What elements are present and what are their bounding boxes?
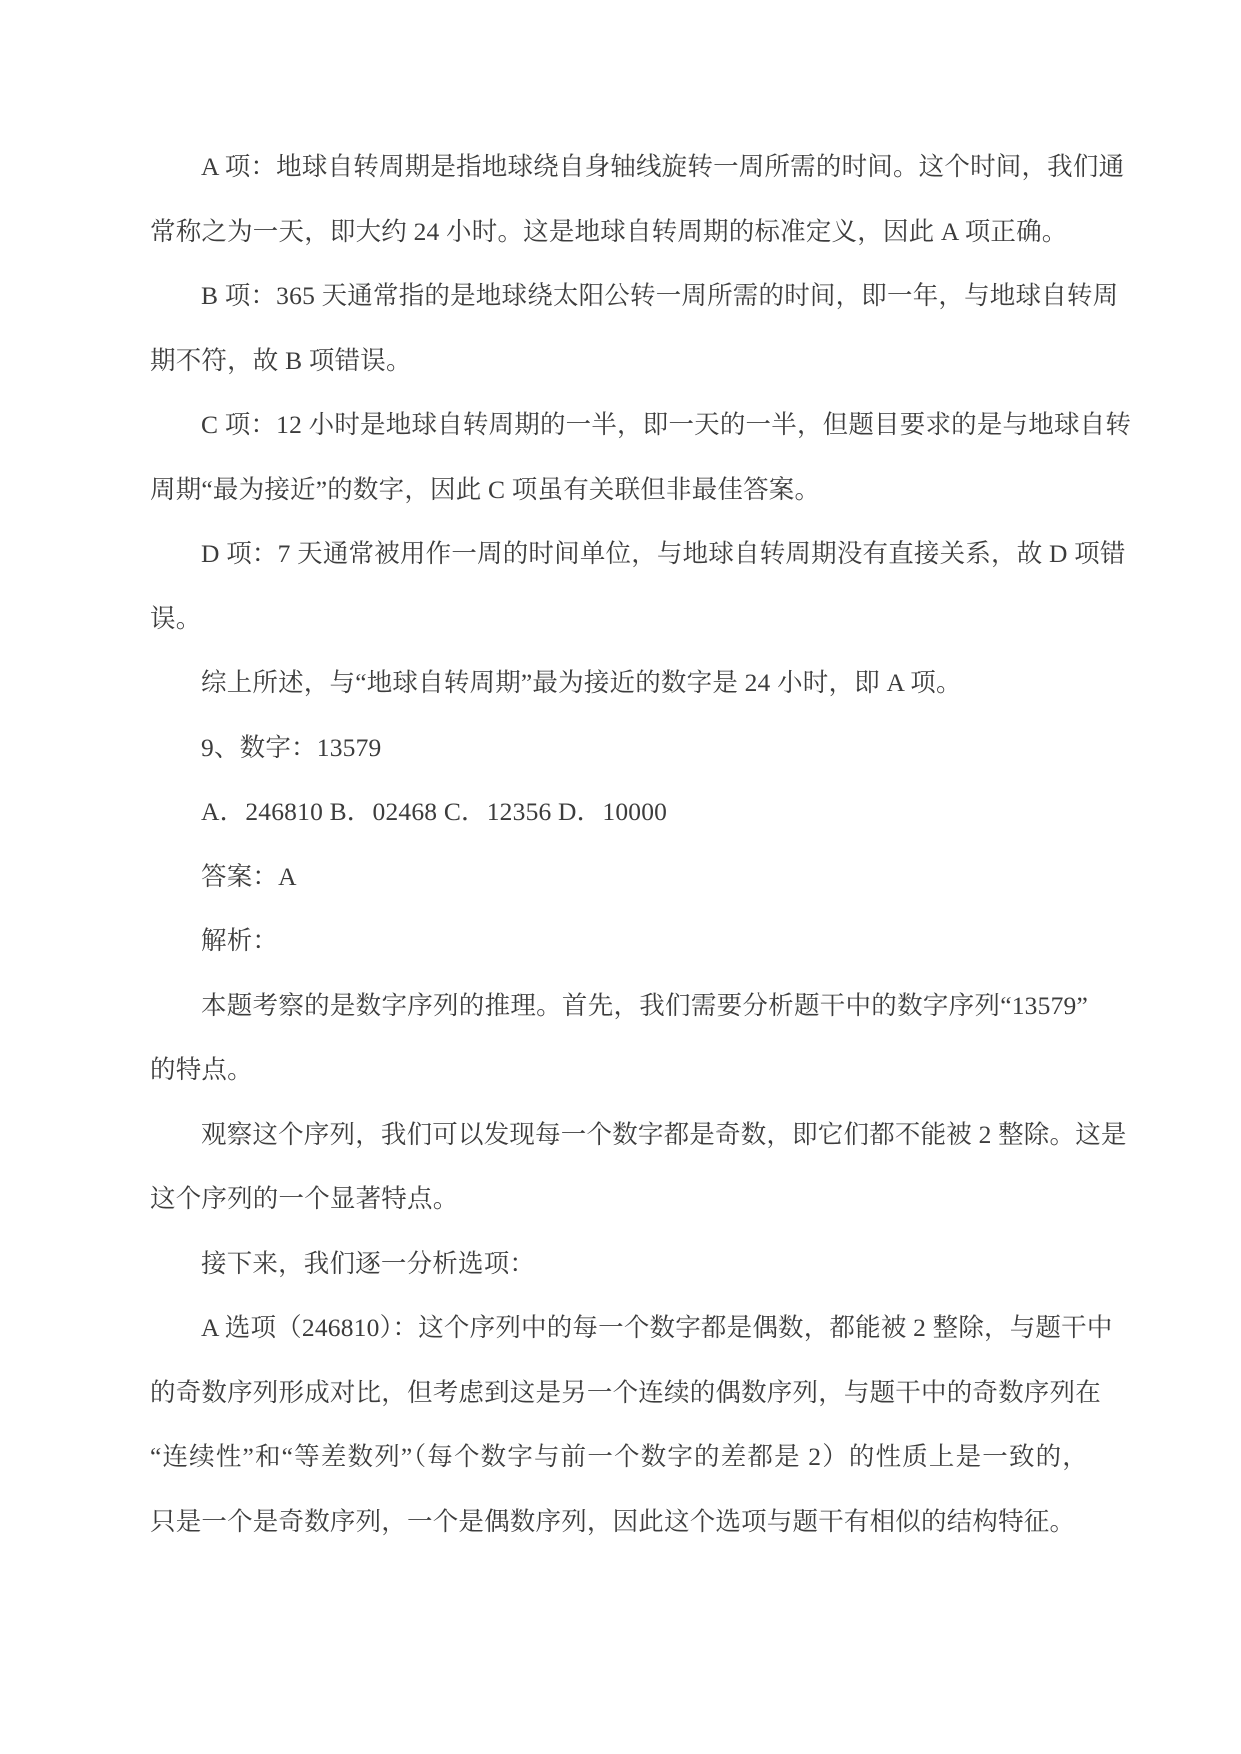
text-line: 期不符，故 B 项错误。	[150, 329, 1088, 394]
text-line: 接下来，我们逐一分析选项：	[150, 1232, 1088, 1297]
text-line: 观察这个序列，我们可以发现每一个数字都是奇数，即它们都不能被 2 整除。这是	[150, 1103, 1088, 1168]
text-line: 本题考察的是数字序列的推理。首先，我们需要分析题干中的数字序列“13579”	[150, 974, 1088, 1039]
text-line: “连续性”和“等差数列”（每个数字与前一个数字的差都是 2）的性质上是一致的，	[150, 1425, 1088, 1490]
text-line: 答案：A	[150, 845, 1088, 910]
text-line: 这个序列的一个显著特点。	[150, 1167, 1088, 1232]
text-line: 的特点。	[150, 1038, 1088, 1103]
text-line: A 项：地球自转周期是指地球绕自身轴线旋转一周所需的时间。这个时间，我们通	[150, 135, 1088, 200]
text-line: 只是一个是奇数序列，一个是偶数序列，因此这个选项与题干有相似的结构特征。	[150, 1490, 1088, 1555]
text-line: 综上所述，与“地球自转周期”最为接近的数字是 24 小时，即 A 项。	[150, 651, 1088, 716]
text-line: 误。	[150, 587, 1088, 652]
text-line: D 项：7 天通常被用作一周的时间单位，与地球自转周期没有直接关系，故 D 项错	[150, 522, 1088, 587]
text-line: B 项：365 天通常指的是地球绕太阳公转一周所需的时间，即一年，与地球自转周	[150, 264, 1088, 329]
document-page: A 项：地球自转周期是指地球绕自身轴线旋转一周所需的时间。这个时间，我们通常称之…	[0, 0, 1241, 1754]
text-line: 常称之为一天，即大约 24 小时。这是地球自转周期的标准定义，因此 A 项正确。	[150, 200, 1088, 265]
text-line: 的奇数序列形成对比，但考虑到这是另一个连续的偶数序列，与题干中的奇数序列在	[150, 1361, 1088, 1426]
text-line: A 选项（246810）：这个序列中的每一个数字都是偶数，都能被 2 整除，与题…	[150, 1296, 1088, 1361]
text-line: 周期“最为接近”的数字，因此 C 项虽有关联但非最佳答案。	[150, 458, 1088, 523]
text-line: 解析：	[150, 909, 1088, 974]
text-line: C 项：12 小时是地球自转周期的一半，即一天的一半，但题目要求的是与地球自转	[150, 393, 1088, 458]
document-lines: A 项：地球自转周期是指地球绕自身轴线旋转一周所需的时间。这个时间，我们通常称之…	[150, 135, 1088, 1554]
text-line: 9、数字：13579	[150, 716, 1088, 781]
text-line: A．246810 B．02468 C．12356 D．10000	[150, 780, 1088, 845]
